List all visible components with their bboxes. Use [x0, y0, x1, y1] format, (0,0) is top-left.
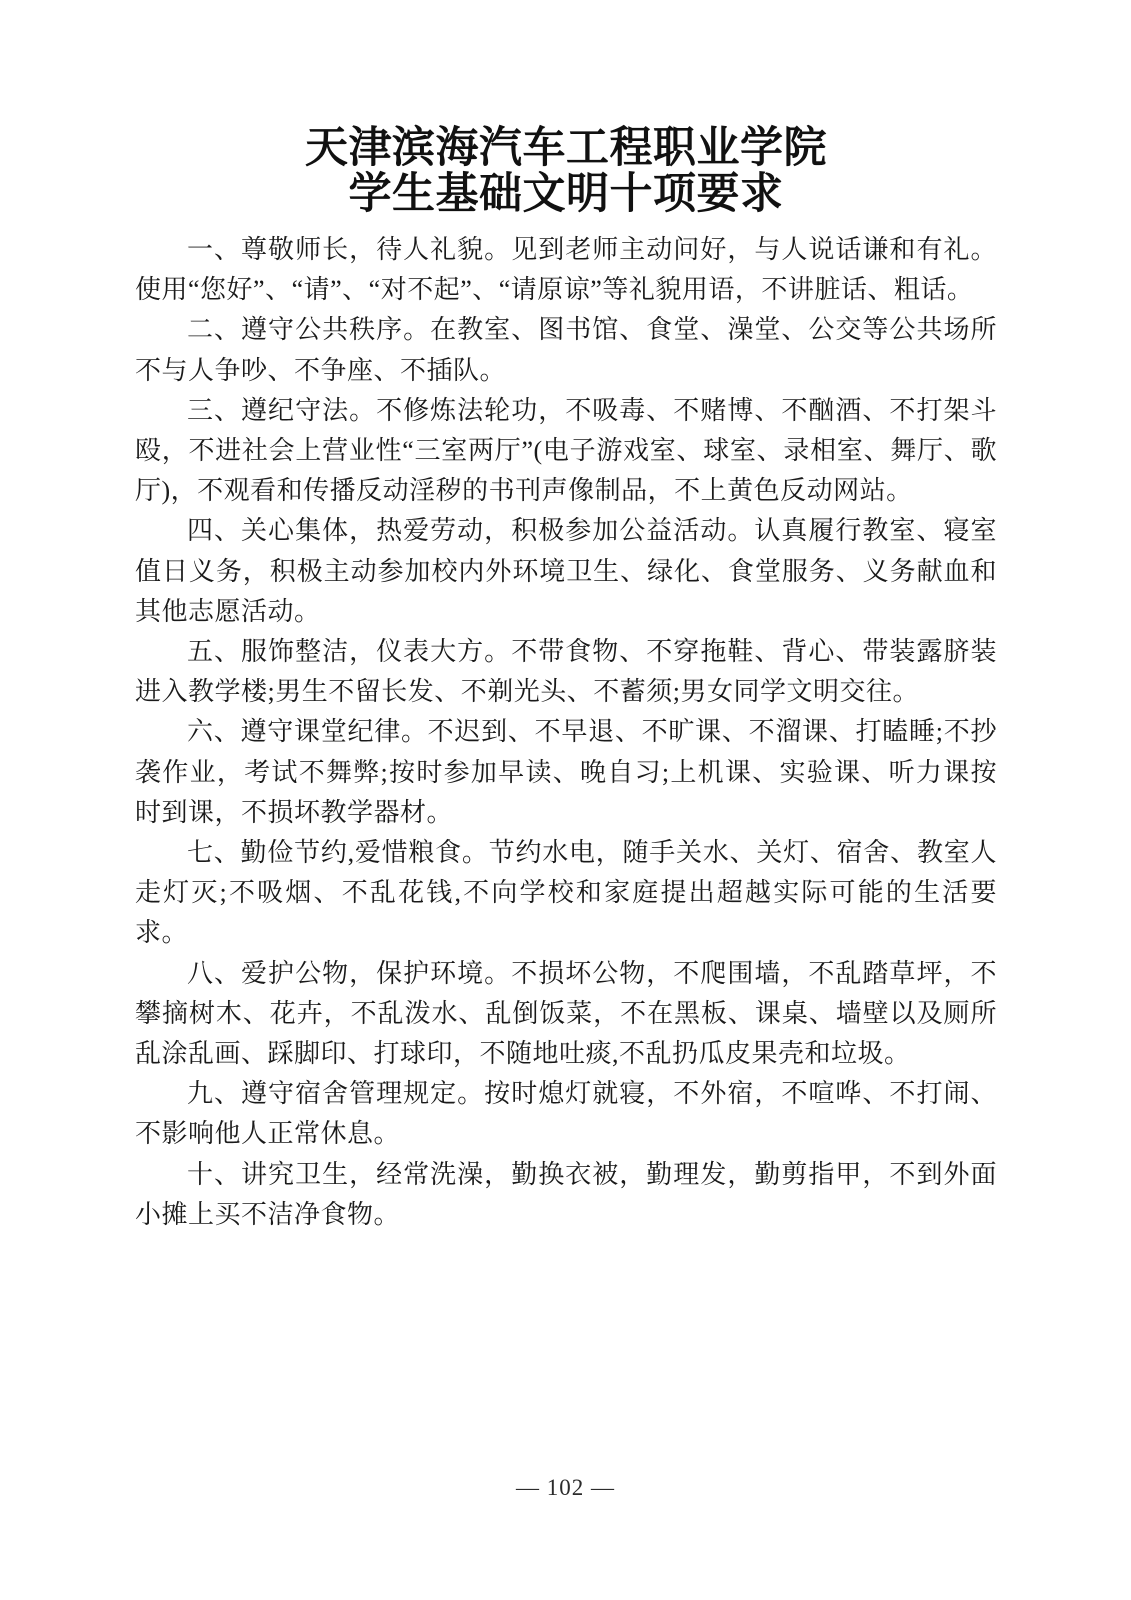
requirement-paragraph-2: 二、遵守公共秩序。在教室、图书馆、食堂、澡堂、公交等公共场所不与人争吵、不争座、…: [135, 310, 997, 390]
document-body: 一、尊敬师长，待人礼貌。见到老师主动问好，与人说话谦和有礼。使用“您好”、“请”…: [135, 230, 997, 1235]
document-title-line-2: 学生基础文明十项要求: [135, 172, 997, 218]
document-content: 天津滨海汽车工程职业学院 学生基础文明十项要求 一、尊敬师长，待人礼貌。见到老师…: [135, 126, 997, 1235]
requirement-paragraph-1: 一、尊敬师长，待人礼貌。见到老师主动问好，与人说话谦和有礼。使用“您好”、“请”…: [135, 230, 997, 310]
document-page: 天津滨海汽车工程职业学院 学生基础文明十项要求 一、尊敬师长，待人礼貌。见到老师…: [0, 0, 1131, 1600]
document-title-line-1: 天津滨海汽车工程职业学院: [135, 126, 997, 172]
requirement-paragraph-6: 六、遵守课堂纪律。不迟到、不早退、不旷课、不溜课、打瞌睡;不抄袭作业，考试不舞弊…: [135, 712, 997, 833]
requirement-paragraph-7: 七、勤俭节约,爱惜粮食。节约水电，随手关水、关灯、宿舍、教室人走灯灭;不吸烟、不…: [135, 833, 997, 954]
requirement-paragraph-3: 三、遵纪守法。不修炼法轮功，不吸毒、不赌博、不酗酒、不打架斗殴，不进社会上营业性…: [135, 391, 997, 512]
requirement-paragraph-8: 八、爱护公物，保护环境。不损坏公物，不爬围墙，不乱踏草坪，不攀摘树木、花卉，不乱…: [135, 954, 997, 1075]
page-number: — 102 —: [516, 1475, 615, 1500]
requirement-paragraph-9: 九、遵守宿舍管理规定。按时熄灯就寝，不外宿，不喧哗、不打闹、不影响他人正常休息。: [135, 1074, 997, 1154]
page-footer: — 102 —: [0, 1474, 1131, 1502]
document-title: 天津滨海汽车工程职业学院 学生基础文明十项要求: [135, 126, 997, 218]
requirement-paragraph-5: 五、服饰整洁，仪表大方。不带食物、不穿拖鞋、背心、带装露脐装进入教学楼;男生不留…: [135, 632, 997, 712]
requirement-paragraph-4: 四、关心集体，热爱劳动，积极参加公益活动。认真履行教室、寝室值日义务，积极主动参…: [135, 511, 997, 632]
requirement-paragraph-10: 十、讲究卫生，经常洗澡，勤换衣被，勤理发，勤剪指甲，不到外面小摊上买不洁净食物。: [135, 1155, 997, 1235]
